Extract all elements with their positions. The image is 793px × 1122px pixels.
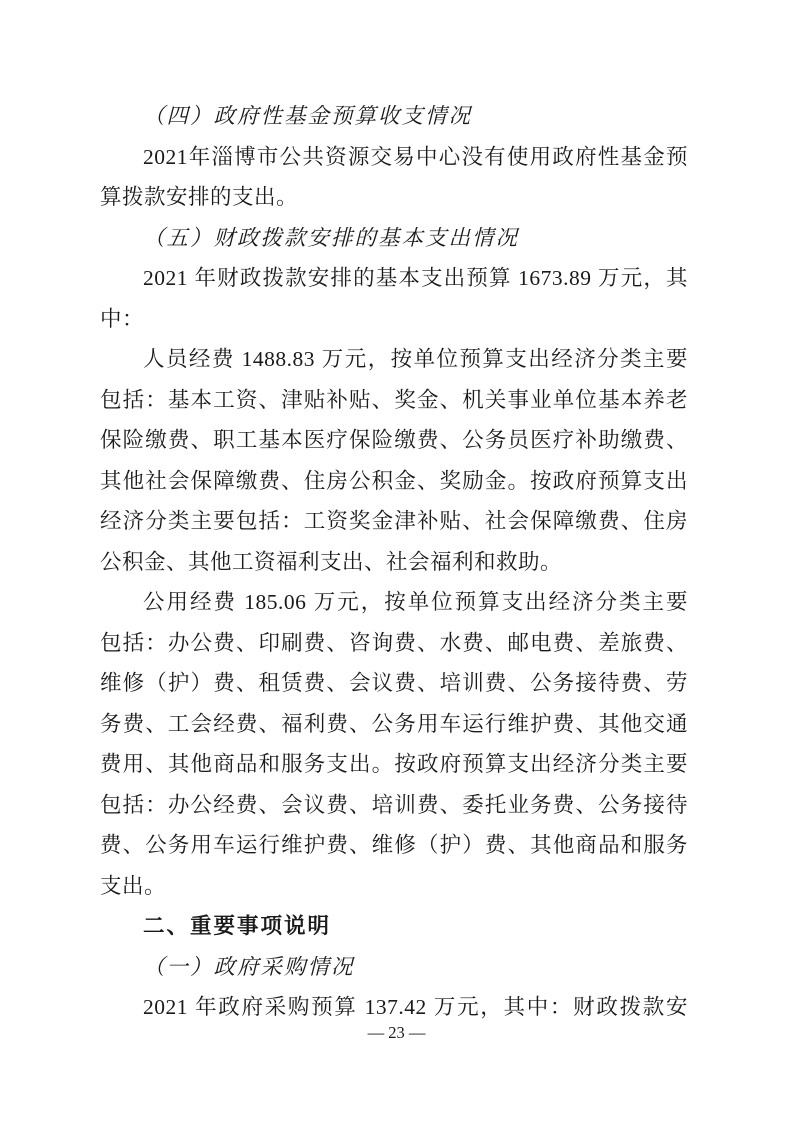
text-line: （四）政府性基金预算收支情况	[100, 96, 688, 137]
text-line: 2021年淄博市公共资源交易中心没有使用政府性基金预	[100, 137, 688, 178]
text-line: 维修（护）费、租赁费、会议费、培训费、公务接待费、劳	[100, 663, 688, 704]
text-line: 人员经费 1488.83 万元，按单位预算支出经济分类主要	[100, 339, 688, 380]
text-line: 费用、其他商品和服务支出。按政府预算支出经济分类主要	[100, 744, 688, 785]
text-line: 公用经费 185.06 万元，按单位预算支出经济分类主要	[100, 582, 688, 623]
section-heading: （一）政府采购情况	[100, 947, 688, 988]
paragraph: 公用经费 185.06 万元，按单位预算支出经济分类主要包括：办公费、印刷费、咨…	[100, 582, 688, 906]
text-line: （一）政府采购情况	[100, 947, 688, 988]
text-line: 支出。	[100, 866, 688, 907]
page-number: — 23 —	[368, 1023, 426, 1042]
text-line: 包括：基本工资、津贴补贴、奖金、机关事业单位基本养老	[100, 380, 688, 421]
section-heading: （五）财政拨款安排的基本支出情况	[100, 218, 688, 259]
section-heading: （四）政府性基金预算收支情况	[100, 96, 688, 137]
section-heading: 二、重要事项说明	[100, 906, 688, 947]
text-line: 务费、工会经费、福利费、公务用车运行维护费、其他交通	[100, 704, 688, 745]
text-line: 包括：办公费、印刷费、咨询费、水费、邮电费、差旅费、	[100, 623, 688, 664]
paragraph: 人员经费 1488.83 万元，按单位预算支出经济分类主要包括：基本工资、津贴补…	[100, 339, 688, 582]
text-line: 经济分类主要包括：工资奖金津补贴、社会保障缴费、住房	[100, 501, 688, 542]
paragraph: 2021 年财政拨款安排的基本支出预算 1673.89 万元，其中：	[100, 258, 688, 339]
text-line: 2021 年财政拨款安排的基本支出预算 1673.89 万元，其	[100, 258, 688, 299]
text-line: 公积金、其他工资福利支出、社会福利和救助。	[100, 542, 688, 583]
document-page: （四）政府性基金预算收支情况2021年淄博市公共资源交易中心没有使用政府性基金预…	[0, 0, 793, 1122]
page-footer: — 23 —	[0, 1022, 793, 1044]
text-line: 算拨款安排的支出。	[100, 177, 688, 218]
text-line: 二、重要事项说明	[100, 906, 688, 947]
text-line: 保险缴费、职工基本医疗保险缴费、公务员医疗补助缴费、	[100, 420, 688, 461]
text-line: 包括：办公经费、会议费、培训费、委托业务费、公务接待	[100, 785, 688, 826]
text-line: （五）财政拨款安排的基本支出情况	[100, 218, 688, 259]
text-line: 费、公务用车运行维护费、维修（护）费、其他商品和服务	[100, 825, 688, 866]
document-body: （四）政府性基金预算收支情况2021年淄博市公共资源交易中心没有使用政府性基金预…	[100, 96, 688, 1028]
paragraph: 2021年淄博市公共资源交易中心没有使用政府性基金预算拨款安排的支出。	[100, 137, 688, 218]
text-line: 其他社会保障缴费、住房公积金、奖励金。按政府预算支出	[100, 461, 688, 502]
text-line: 中：	[100, 299, 688, 340]
